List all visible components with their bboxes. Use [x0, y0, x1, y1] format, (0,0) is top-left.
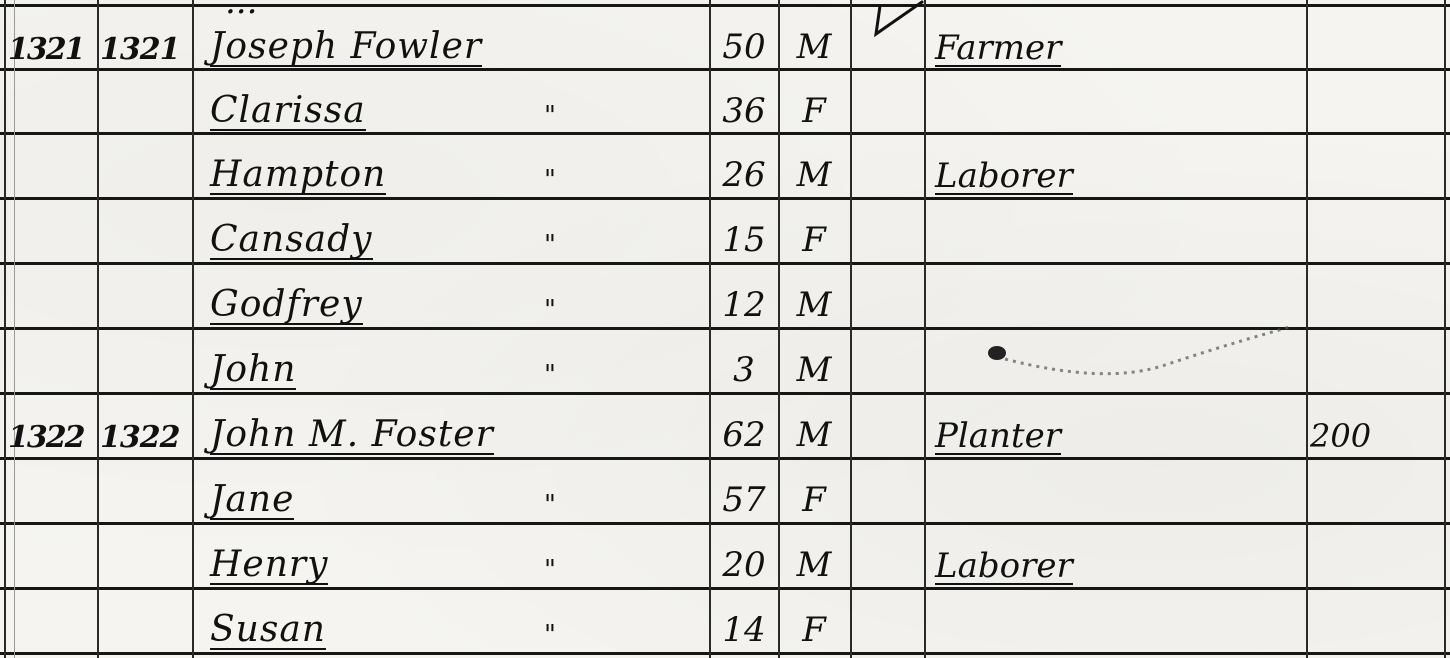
person-age: 12 — [712, 264, 776, 329]
person-age: 62 — [712, 394, 776, 459]
person-occupation: Laborer — [935, 549, 1073, 585]
person-sex: M — [780, 329, 848, 394]
occupation-cell: Laborer — [935, 134, 1295, 199]
person-name: Clarissa — [210, 93, 366, 131]
person-age: 15 — [712, 199, 776, 264]
person-sex: M — [780, 6, 848, 71]
ditto-mark: " — [520, 524, 580, 589]
person-occupation: Laborer — [935, 159, 1073, 195]
person-age: 26 — [712, 134, 776, 199]
occupation-cell: Farmer — [935, 6, 1295, 71]
person-name: Henry — [210, 547, 328, 585]
person-name: Jane — [210, 482, 294, 520]
person-age: 36 — [712, 70, 776, 135]
person-name: Joseph Fowler — [210, 29, 482, 67]
ditto-mark: " — [520, 70, 580, 135]
ditto-mark: " — [520, 589, 580, 654]
person-sex: F — [780, 459, 848, 524]
person-occupation: Planter — [935, 419, 1061, 455]
real-estate-value: 200 — [1310, 394, 1440, 459]
table-row: John " 3 M — [0, 329, 1450, 394]
person-name: John M. Foster — [210, 417, 494, 455]
person-name: Godfrey — [210, 287, 363, 325]
person-age: 50 — [712, 6, 776, 71]
person-age: 57 — [712, 459, 776, 524]
person-sex: F — [780, 199, 848, 264]
ditto-mark: " — [520, 459, 580, 524]
ditto-mark: " — [520, 134, 580, 199]
table-row: Clarissa " 36 F — [0, 70, 1450, 135]
table-row: Jane " 57 F — [0, 459, 1450, 524]
person-name: Hampton — [210, 157, 386, 195]
table-row: Godfrey " 12 M — [0, 264, 1450, 329]
occupation-cell: Planter — [935, 394, 1295, 459]
person-sex: F — [780, 70, 848, 135]
person-sex: M — [780, 394, 848, 459]
person-sex: M — [780, 134, 848, 199]
family-number: 1321 — [100, 6, 190, 71]
person-name: Cansady — [210, 222, 373, 260]
person-sex: M — [780, 524, 848, 589]
ditto-mark: " — [520, 264, 580, 329]
dwelling-number: 1321 — [8, 6, 96, 71]
family-number: 1322 — [100, 394, 190, 459]
occupation-cell: Laborer — [935, 524, 1295, 589]
table-row: Susan " 14 F — [0, 589, 1450, 654]
person-name-cell: John M. Foster — [210, 394, 590, 459]
person-occupation: Farmer — [935, 31, 1061, 67]
ditto-mark: " — [520, 199, 580, 264]
person-age: 3 — [712, 329, 776, 394]
person-name-cell: Joseph Fowler — [210, 6, 590, 71]
table-row: 1321 1321 Joseph Fowler 50 M Farmer — [0, 6, 1450, 71]
person-name: Susan — [210, 612, 326, 650]
person-age: 20 — [712, 524, 776, 589]
person-age: 14 — [712, 589, 776, 654]
table-row: Cansady " 15 F — [0, 199, 1450, 264]
person-sex: M — [780, 264, 848, 329]
table-row: Hampton " 26 M Laborer — [0, 134, 1450, 199]
ditto-mark: " — [520, 329, 580, 394]
table-row: Henry " 20 M Laborer — [0, 524, 1450, 589]
table-row: 1322 1322 John M. Foster 62 M Planter 20… — [0, 394, 1450, 459]
person-name: John — [210, 352, 296, 390]
dwelling-number: 1322 — [8, 394, 96, 459]
census-page-scan: ... 1321 1321 Joseph Fowler 50 M Farmer … — [0, 0, 1450, 658]
person-sex: F — [780, 589, 848, 654]
